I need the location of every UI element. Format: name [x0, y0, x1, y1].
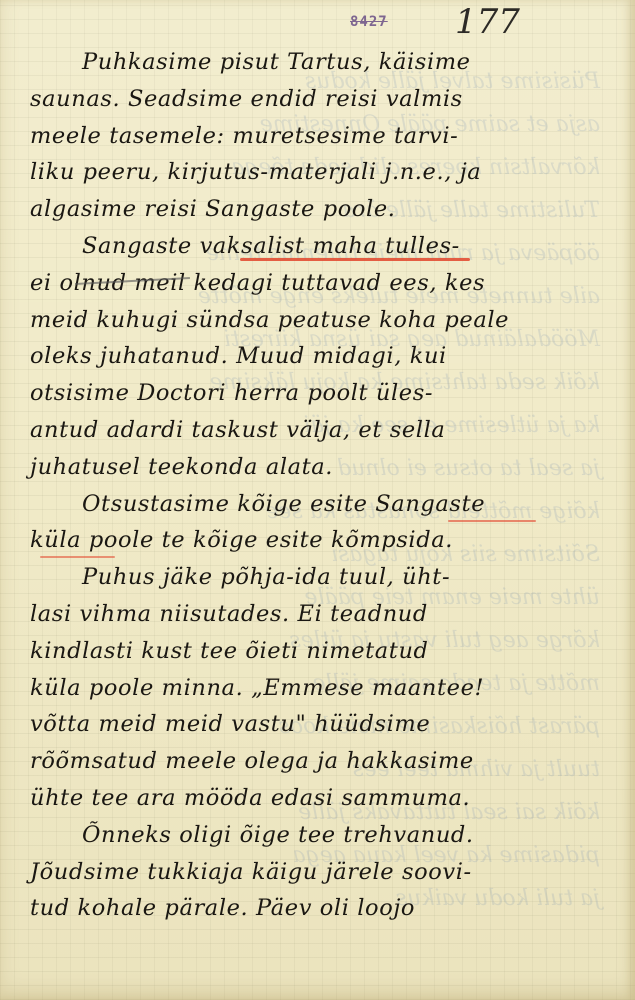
text-line-15: Puhus jäke põhja-ida tuul, üht-	[30, 559, 590, 596]
text-line-22: Õnneks oligi õige tee trehvanud.	[30, 817, 590, 854]
text-line-10: otsisime Doctori herra poolt üles-	[30, 375, 590, 412]
text-line-24: tud kohale pärale. Päev oli loojo	[30, 890, 590, 927]
folio-number: 177	[455, 2, 520, 42]
text-line-12: juhatusel teekonda alata.	[30, 449, 590, 486]
text-line-7: ei olnud meil kedagi tuttavad ees, kes	[30, 265, 590, 302]
text-line-23: Jõudsime tukkiaja käigu järele soovi-	[30, 854, 590, 891]
text-line-19: võtta meid meid vastu" hüüdsime	[30, 706, 590, 743]
red-pencil-underline	[240, 258, 470, 261]
text-line-9: oleks juhatanud. Muud midagi, kui	[30, 338, 590, 375]
text-line-3: meele tasemele: muretsesime tarvi-	[30, 118, 590, 155]
text-line-2: saunas. Seadsime endid reisi valmis	[30, 81, 590, 118]
text-line-4: liku peeru, kirjutus-materjali j.n.e., j…	[30, 154, 590, 191]
manuscript-text: Puhkasime pisut Tartus, käisime saunas. …	[30, 44, 590, 927]
manuscript-page: Püsisime talvel jälle kodus asja et saim…	[0, 0, 635, 1000]
red-pencil-underline	[40, 556, 115, 558]
text-line-17: kindlasti kust tee õieti nimetatud	[30, 633, 590, 670]
text-line-8: meid kuhugi sündsa peatuse koha peale	[30, 302, 590, 339]
text-line-16: lasi vihma niisutades. Ei teadnud	[30, 596, 590, 633]
text-line-5: algasime reisi Sangaste poole.	[30, 191, 590, 228]
text-line-11: antud adardi taskust välja, et sella	[30, 412, 590, 449]
text-line-14: küla poole te kõige esite kõmpsida.	[30, 522, 590, 559]
text-line-1: Puhkasime pisut Tartus, käisime	[30, 44, 590, 81]
red-pencil-underline	[448, 520, 536, 522]
text-line-13: Otsustasime kõige esite Sangaste	[30, 486, 590, 523]
archive-stamp: 8427	[350, 14, 388, 30]
text-line-18: küla poole minna. „Emmese maantee!	[30, 670, 590, 707]
text-line-20: rõõmsatud meele olega ja hakkasime	[30, 743, 590, 780]
text-line-21: ühte tee ara mööda edasi sammuma.	[30, 780, 590, 817]
